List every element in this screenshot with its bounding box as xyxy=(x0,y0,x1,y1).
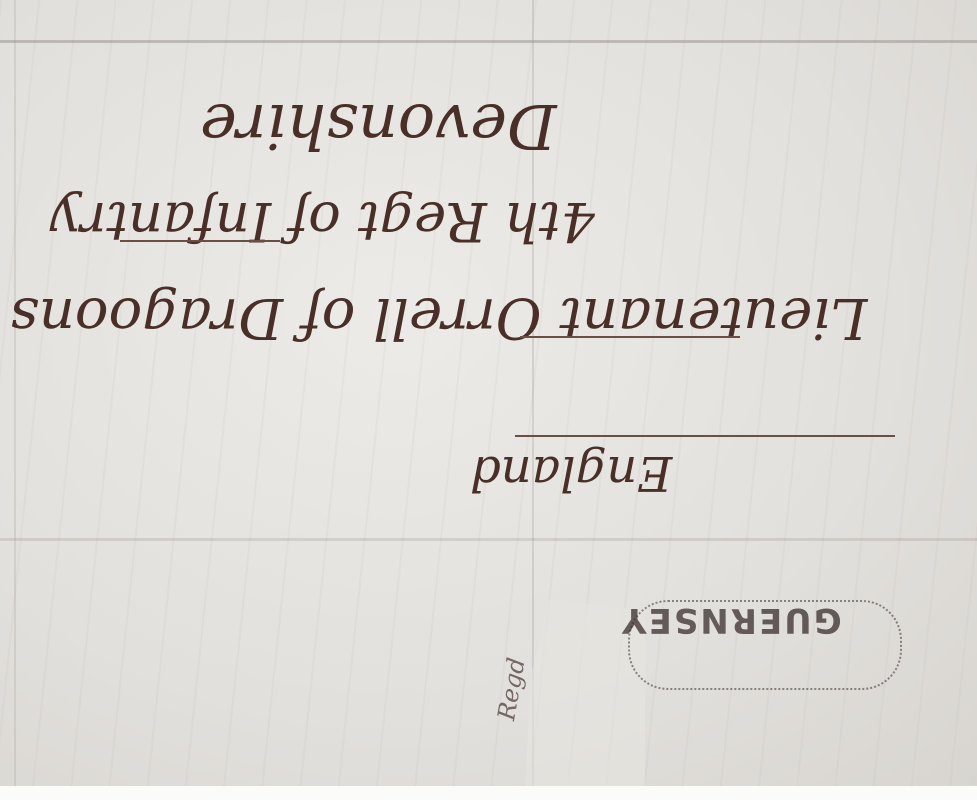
pencil-note: Regd xyxy=(492,656,531,723)
letter-paper: Devonshire 4th Regt of Infantry Lieutena… xyxy=(0,0,977,786)
underline-1 xyxy=(120,240,280,242)
underline-3 xyxy=(515,435,895,437)
address-line-4: England xyxy=(470,445,672,501)
address-line-3: Lieutenant Orrell of Dragoons xyxy=(10,285,867,350)
fold-line-left xyxy=(14,0,16,786)
address-line-2: 4th Regt of Infantry xyxy=(50,190,595,253)
postmark: GUERNSEY xyxy=(620,600,842,640)
underline-2 xyxy=(520,336,740,338)
postmark-text: GUERNSEY xyxy=(620,600,842,640)
address-line-1: Devonshire xyxy=(200,90,557,163)
fold-line-top xyxy=(0,40,977,43)
bottom-margin xyxy=(0,786,977,800)
fold-line-middle xyxy=(0,538,977,541)
